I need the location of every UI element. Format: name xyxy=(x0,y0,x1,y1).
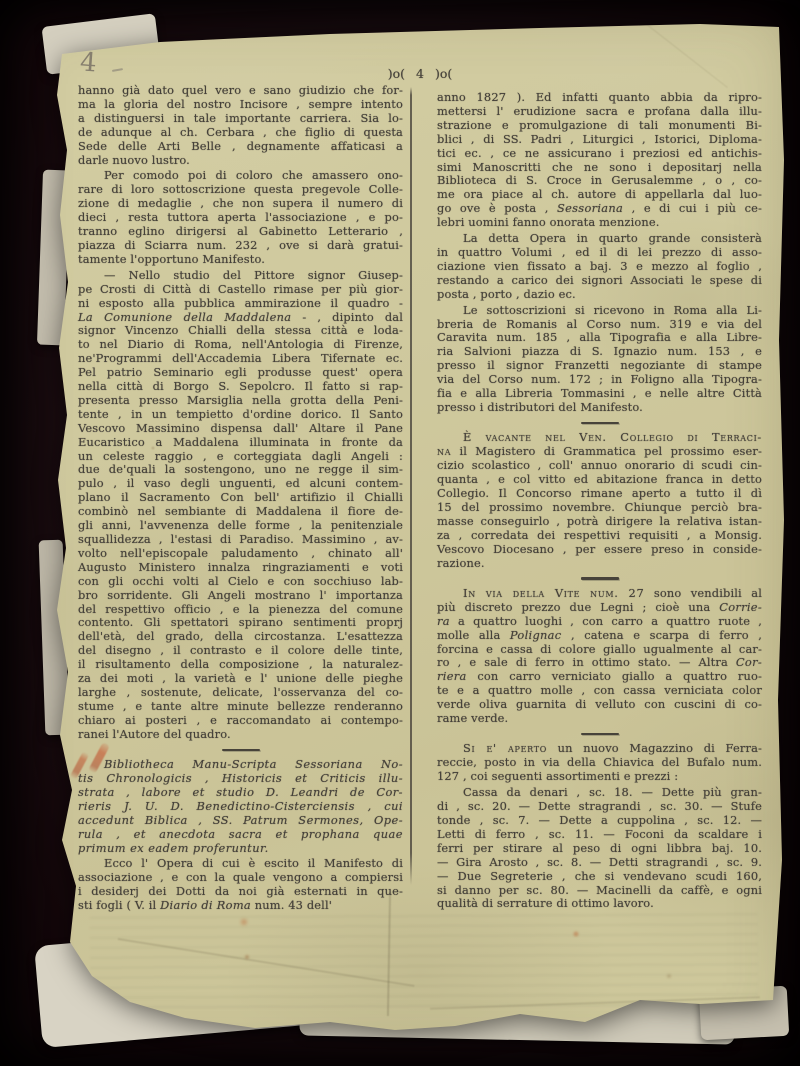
text-segment: darle nuovo lustro. xyxy=(78,153,190,167)
text-line: pulo , il vaso degli unguenti, ed alcuni… xyxy=(78,477,403,491)
text-segment: - , dipinto dal xyxy=(291,310,403,324)
text-segment: signor Vincenzo Chialli della stessa cit… xyxy=(78,323,403,337)
text-segment: ra xyxy=(437,614,450,628)
text-line: tonde , sc. 7. — Dette a cuppolina , sc.… xyxy=(437,814,762,828)
text-segment: ria Salvioni piazza di S. Ignazio num. 1… xyxy=(437,344,762,358)
text-line: La detta Opera in quarto grande consiste… xyxy=(437,232,762,246)
text-segment: tamente l'opportuno Manifesto. xyxy=(78,252,265,266)
text-line: con gli occhi volti al Cielo e con socch… xyxy=(78,575,403,589)
text-segment: sti fogli ( V. il xyxy=(78,898,160,912)
text-line: La Comunione della Maddalena - , dipinto… xyxy=(78,311,403,325)
text-segment: con gli occhi volti al Cielo e con socch… xyxy=(78,574,403,588)
text-segment: verde oliva guarnita di velluto con cusc… xyxy=(437,697,762,711)
text-line: nella città di Borgo S. Sepolcro. Il fat… xyxy=(78,380,403,394)
text-segment: rula , et anecdota sacra et prophana qua… xyxy=(78,827,403,841)
section-divider xyxy=(581,422,619,425)
handwritten-page-number: 4 xyxy=(79,47,98,78)
text-line: associazione , e con la quale vengono a … xyxy=(78,871,403,885)
text-segment: Collegio. Il Concorso rimane aperto a tu… xyxy=(437,486,762,500)
text-line: quanta , e col vitto ed abitazione franc… xyxy=(437,473,762,487)
text-segment: rare di loro sottoscrizione questa prege… xyxy=(78,182,403,196)
text-segment: quanta , e col vitto ed abitazione franc… xyxy=(437,472,762,486)
text-line: simi Manoscritti che ne sono i depositar… xyxy=(437,161,762,175)
text-line: reccie, posto in via della Chiavica del … xyxy=(437,756,762,770)
text-line: rame verde. xyxy=(437,712,762,726)
text-segment: qualità di serrature di ottimo lavoro. xyxy=(437,896,654,910)
text-segment: breria de Romanis al Corso num. 319 e vi… xyxy=(437,317,762,331)
header-page-number: 4 xyxy=(416,66,424,81)
text-segment: posta , porto , dazio ec. xyxy=(437,287,576,301)
text-segment: strata , labore et studio D. Leandri de … xyxy=(78,785,403,799)
text-segment: il risultamento della composizione , la … xyxy=(78,657,403,671)
text-line: Collegio. Il Concorso rimane aperto a tu… xyxy=(437,487,762,501)
text-line: pe Crosti di Città di Castello rimase pe… xyxy=(78,283,403,297)
text-segment: un celeste raggio , e corteggiata dagli … xyxy=(78,449,403,463)
text-segment: Ecco l' Opera di cui è escito il Manifes… xyxy=(104,856,403,870)
left-column: hanno già dato quel vero e sano giudizio… xyxy=(78,84,403,913)
text-segment: presenta presso Marsiglia nella grotta d… xyxy=(78,393,403,407)
paragraph: Per comodo poi di coloro che amassero on… xyxy=(78,167,403,266)
text-line: na il Magistero di Grammatica pel prossi… xyxy=(437,445,762,459)
text-segment: bro sorridente. Gli Angeli mostrano l' i… xyxy=(78,588,403,602)
text-line: mettersi l' erudizione sacra e profana d… xyxy=(437,105,762,119)
text-segment: tonde , sc. 7. — Dette a cuppolina , sc.… xyxy=(437,813,762,827)
text-line: a distinguersi in tale importante carrie… xyxy=(78,112,403,126)
text-segment: Sede delle Arti Belle , degnamente affat… xyxy=(78,139,403,153)
text-segment: zione di medaglie , che non supera il nu… xyxy=(78,196,403,210)
paragraph: La detta Opera in quarto grande consiste… xyxy=(437,230,762,302)
text-line: zione di medaglie , che non supera il nu… xyxy=(78,197,403,211)
text-line: via del Corso num. 172 ; in Foligno alla… xyxy=(437,373,762,387)
text-segment: Polignac xyxy=(510,628,562,642)
text-line: dieci , resta tuttora aperta l'associazi… xyxy=(78,211,403,225)
text-segment: gli anni, l'avvenenza delle forme , la p… xyxy=(78,518,403,532)
text-segment: combinò nel sembiante di Maddalena il fi… xyxy=(78,504,403,518)
text-segment: La detta Opera in quarto grande consiste… xyxy=(463,231,762,245)
text-segment: a quattro luoghi , con carro a quattro r… xyxy=(450,614,762,628)
paragraph: Ecco l' Opera di cui è escito il Manifes… xyxy=(78,855,403,913)
text-segment: restando a carico dei signori Associati … xyxy=(437,273,762,287)
text-line: Augusto Ministero innalza ringraziamenti… xyxy=(78,561,403,575)
document-page: 4 )o( 4 )o( hanno già dato quel vero e s… xyxy=(0,0,800,1066)
text-segment: del respettivo officio , e la pienezza d… xyxy=(78,602,403,616)
text-segment: razione. xyxy=(437,556,485,570)
text-segment: Biblioteca di S. Croce in Gerusalemme , … xyxy=(437,173,762,187)
text-segment: in quattro Volumi , ed il di lei prezzo … xyxy=(437,245,762,259)
text-line: 15 del prossimo novembre. Chiunque perci… xyxy=(437,501,762,515)
text-line: me ora piace al ch. autore di appellarla… xyxy=(437,188,762,202)
text-segment: ranei l'Autore del quadro. xyxy=(78,727,231,741)
text-segment: Diario di Roma xyxy=(160,898,251,912)
text-segment: simi Manoscritti che ne sono i depositar… xyxy=(437,160,762,174)
text-segment: — Gira Arosto , sc. 8. — Detti stragrand… xyxy=(437,855,762,869)
text-line: masse conseguirlo , potrà dirigere la re… xyxy=(437,515,762,529)
text-line: sti fogli ( V. il Diario di Roma num. 43… xyxy=(78,899,403,913)
text-segment: ne'Programmi dell'Accademia Libera Tifer… xyxy=(78,351,403,365)
text-line: — Gira Arosto , sc. 8. — Detti stragrand… xyxy=(437,856,762,870)
text-line: Cassa da denari , sc. 18. — Dette più gr… xyxy=(437,786,762,800)
text-segment: dieci , resta tuttora aperta l'associazi… xyxy=(78,210,403,224)
text-line: contento. Gli spettatori spirano sentime… xyxy=(78,616,403,630)
text-line: combinò nel sembiante di Maddalena il fi… xyxy=(78,505,403,519)
text-segment: blici , di SS. Padri , Liturgici , Istor… xyxy=(437,132,762,146)
text-line: più discreto prezzo due Legni ; cioè una… xyxy=(437,601,762,615)
text-segment: molle alla xyxy=(437,628,510,642)
text-segment: Si e' aperto xyxy=(463,741,547,755)
right-column: anno 1827 ). Ed infatti quanto abbia da … xyxy=(437,91,762,911)
text-line: Ecco l' Opera di cui è escito il Manifes… xyxy=(78,857,403,871)
text-segment: più discreto prezzo due Legni ; cioè una xyxy=(437,600,719,614)
text-segment: due de'quali la sostengono, uno ne regge… xyxy=(78,462,403,476)
text-line: Le sottoscrizioni si ricevono in Roma al… xyxy=(437,304,762,318)
text-line: si danno per sc. 80. — Macinelli da caff… xyxy=(437,884,762,898)
text-line: rula , et anecdota sacra et prophana qua… xyxy=(78,828,403,842)
text-segment: a distinguersi in tale importante carrie… xyxy=(78,111,403,125)
text-segment: La Comunione della Maddalena xyxy=(78,310,291,324)
text-segment: te e a quattro molle , con cassa vernici… xyxy=(437,683,762,697)
text-line: presenta presso Marsiglia nella grotta d… xyxy=(78,394,403,408)
text-segment: Cassa da denari , sc. 18. — Dette più gr… xyxy=(463,785,762,799)
text-line: i desiderj dei Dotti da noi già esternat… xyxy=(78,885,403,899)
text-line: ma la gloria del nostro Incisore , sempr… xyxy=(78,98,403,112)
text-segment: forcina e cassa di colore giallo ugualme… xyxy=(437,642,762,656)
text-segment: nella città di Borgo S. Sepolcro. Il fat… xyxy=(78,379,403,393)
text-segment: plano il Sacramento Con bell' artifizio … xyxy=(78,490,403,504)
text-line: razione. xyxy=(437,557,762,571)
text-line: Si e' aperto un nuovo Magazzino di Ferra… xyxy=(437,742,762,756)
text-line: ranei l'Autore del quadro. xyxy=(78,728,403,742)
text-segment: — Due Segreterie , che si vendevano scud… xyxy=(437,869,762,883)
text-line: strazione e promulgazione di tali monume… xyxy=(437,119,762,133)
text-segment: accedunt Biblica , SS. Patrum Sermones, … xyxy=(78,813,403,827)
text-line: rieris J. U. D. Benedictino-Cisterciensi… xyxy=(78,800,403,814)
text-line: ne'Programmi dell'Accademia Libera Tifer… xyxy=(78,352,403,366)
text-line: ra a quattro luoghi , con carro a quattr… xyxy=(437,615,762,629)
text-line: ria Salvioni piazza di S. Ignazio num. 1… xyxy=(437,345,762,359)
text-line: restando a carico dei signori Associati … xyxy=(437,274,762,288)
text-line: del respettivo officio , e la pienezza d… xyxy=(78,603,403,617)
page-header: )o( 4 )o( xyxy=(358,66,482,81)
text-segment: num. 43 dell' xyxy=(251,898,332,912)
text-line: gli anni, l'avvenenza delle forme , la p… xyxy=(78,519,403,533)
text-line: ro , e sale di ferro in ottimo stato. — … xyxy=(437,656,762,670)
text-segment: riera xyxy=(437,669,467,683)
text-line: tis Chronologicis , Historicis et Critic… xyxy=(78,772,403,786)
text-line: Vescovo Diocesano , per essere preso in … xyxy=(437,543,762,557)
text-segment: Pel patrio Seminario egli produsse quest… xyxy=(78,365,403,379)
text-line: cizio scolastico , coll' annuo onorario … xyxy=(437,459,762,473)
text-segment: 15 del prossimo novembre. Chiunque perci… xyxy=(437,500,762,514)
text-segment: È vacante nel Ven. Collegio di Terraci- xyxy=(463,430,762,444)
paragraph: È vacante nel Ven. Collegio di Terraci-n… xyxy=(437,429,762,570)
text-segment: Per comodo poi di coloro che amassero on… xyxy=(104,168,403,182)
text-segment: ro , e sale di ferro in ottimo stato. — … xyxy=(437,655,736,669)
text-segment: via del Corso num. 172 ; in Foligno alla… xyxy=(437,372,762,386)
text-line: anno 1827 ). Ed infatti quanto abbia da … xyxy=(437,91,762,105)
text-segment: un nuovo Magazzino di Ferra- xyxy=(547,741,762,755)
text-line: za , corredata dei respettivi requisiti … xyxy=(437,529,762,543)
text-line: Letti di ferro , sc. 11. — Foconi da sca… xyxy=(437,828,762,842)
text-line: squallidezza , l'estasi di Paradiso. Mas… xyxy=(78,533,403,547)
paragraph: hanno già dato quel vero e sano giudizio… xyxy=(78,84,403,167)
text-line: Eucaristico a Maddalena illuminata in fr… xyxy=(78,436,403,450)
ink-bleedthrough xyxy=(90,913,758,1008)
text-line: presso i distributori del Manifesto. xyxy=(437,401,762,415)
text-segment: i desiderj dei Dotti da noi già esternat… xyxy=(78,884,403,898)
text-line: il risultamento della composizione , la … xyxy=(78,658,403,672)
text-line: in quattro Volumi , ed il di lei prezzo … xyxy=(437,246,762,260)
text-segment: chiaro ai posteri , e raccomandato ai co… xyxy=(78,713,403,727)
text-segment: to nel Diario di Roma, nell'Antologia di… xyxy=(78,337,403,351)
text-line: te e a quattro molle , con cassa vernici… xyxy=(437,684,762,698)
text-segment: larghe , sostenute, delicate, l'osservan… xyxy=(78,685,403,699)
text-line: del disegno , il contrasto e il colore d… xyxy=(78,644,403,658)
text-segment: 127 , coi seguenti assortimenti e prezzi… xyxy=(437,769,678,783)
section-divider xyxy=(581,577,619,580)
text-segment: del disegno , il contrasto e il colore d… xyxy=(78,643,403,657)
text-segment: za , corredata dei respettivi requisiti … xyxy=(437,528,762,542)
text-segment: rame verde. xyxy=(437,711,508,725)
text-line: rare di loro sottoscrizione questa prege… xyxy=(78,183,403,197)
text-segment: , e di cui i più ce- xyxy=(623,201,762,215)
text-segment: me ora piace al ch. autore di appellarla… xyxy=(437,187,762,201)
text-line: chiaro ai posteri , e raccomandato ai co… xyxy=(78,714,403,728)
text-line: strata , labore et studio D. Leandri de … xyxy=(78,786,403,800)
text-segment: presso il signor Franzetti negoziante di… xyxy=(437,358,762,372)
text-line: Sede delle Arti Belle , degnamente affat… xyxy=(78,140,403,154)
text-segment: ciazione vien fissato a baj. 3 e mezzo a… xyxy=(437,259,762,273)
text-segment: Cor- xyxy=(736,655,762,669)
text-line: forcina e cassa di colore giallo ugualme… xyxy=(437,643,762,657)
text-line: È vacante nel Ven. Collegio di Terraci- xyxy=(437,431,762,445)
text-line: fia e alla Libreria Tommasini , e nelle … xyxy=(437,387,762,401)
text-segment: sono vendibili al xyxy=(644,586,762,600)
text-line: ni esposto alla pubblica ammirazione il … xyxy=(78,297,403,311)
text-segment: masse conseguirlo , potrà dirigere la re… xyxy=(437,514,762,528)
text-segment: si danno per sc. 80. — Macinelli da caff… xyxy=(437,883,762,897)
text-segment: tente , in un tempietto d'ordine dorico.… xyxy=(78,407,403,421)
text-line: breria de Romanis al Corso num. 319 e vi… xyxy=(437,318,762,332)
text-segment: de adunque al ch. Cerbara , che figlio d… xyxy=(78,125,403,139)
text-line: tamente l'opportuno Manifesto. xyxy=(78,253,403,267)
document-page-wrap: 4 )o( 4 )o( hanno già dato quel vero e s… xyxy=(0,0,800,1066)
text-segment: il Magistero di Grammatica pel prossimo … xyxy=(451,444,762,458)
text-segment: lebri uomini fanno onorata menzione. xyxy=(437,215,660,229)
text-line: de adunque al ch. Cerbara , che figlio d… xyxy=(78,126,403,140)
text-segment: ferri per stirare al peso di ogni libbra… xyxy=(437,841,762,855)
text-segment: za dei moti , la varietà e l' unione del… xyxy=(78,671,403,685)
paragraph: — Nello studio del Pittore signor Giusep… xyxy=(78,267,403,742)
text-line: molle alla Polignac , catena e scarpa di… xyxy=(437,629,762,643)
text-segment: tici ec. , ce ne assicurano i preziosi e… xyxy=(437,146,762,160)
text-line: Per comodo poi di coloro che amassero on… xyxy=(78,169,403,183)
text-line: to nel Diario di Roma, nell'Antologia di… xyxy=(78,338,403,352)
text-segment: presso i distributori del Manifesto. xyxy=(437,400,643,414)
text-segment: reccie, posto in via della Chiavica del … xyxy=(437,755,762,769)
text-segment: pulo , il vaso degli unguenti, ed alcuni… xyxy=(78,476,403,490)
text-line: za dei moti , la varietà e l' unione del… xyxy=(78,672,403,686)
text-line: go ove è posta , Sessoriana , e di cui i… xyxy=(437,202,762,216)
text-line: blici , di SS. Padri , Liturgici , Istor… xyxy=(437,133,762,147)
text-line: — Due Segreterie , che si vendevano scud… xyxy=(437,870,762,884)
text-segment: dell'età, del grado, della circostanza. … xyxy=(78,629,403,643)
text-line: bro sorridente. Gli Angeli mostrano l' i… xyxy=(78,589,403,603)
text-line: ciazione vien fissato a baj. 3 e mezzo a… xyxy=(437,260,762,274)
text-line: verde oliva guarnita di velluto con cusc… xyxy=(437,698,762,712)
text-line: Biblioteca di S. Croce in Gerusalemme , … xyxy=(437,174,762,188)
paragraph: Le sottoscrizioni si ricevono in Roma al… xyxy=(437,302,762,415)
text-line: dell'età, del grado, della circostanza. … xyxy=(78,630,403,644)
paragraph: Cassa da denari , sc. 18. — Dette più gr… xyxy=(437,784,762,911)
photo-backdrop: 4 )o( 4 )o( hanno già dato quel vero e s… xyxy=(0,0,800,1066)
text-line: accedunt Biblica , SS. Patrum Sermones, … xyxy=(78,814,403,828)
text-line: larghe , sostenute, delicate, l'osservan… xyxy=(78,686,403,700)
text-segment: Bibliotheca Manu-Scripta Sessoriana No- xyxy=(104,757,403,771)
header-ornament-left: )o( xyxy=(388,66,405,81)
text-segment: squallidezza , l'estasi di Paradiso. Mas… xyxy=(78,532,403,546)
paragraph: anno 1827 ). Ed infatti quanto abbia da … xyxy=(437,91,762,230)
text-line: riera con carro verniciato giallo a quat… xyxy=(437,670,762,684)
text-line: qualità di serrature di ottimo lavoro. xyxy=(437,897,762,911)
paragraph: In via della Vite num. 27 sono vendibili… xyxy=(437,585,762,726)
text-line: hanno già dato quel vero e sano giudizio… xyxy=(78,84,403,98)
text-segment: In via della Vite num. 27 xyxy=(463,586,644,600)
text-line: tente , in un tempietto d'ordine dorico.… xyxy=(78,408,403,422)
text-segment: con carro verniciato giallo a quattro ru… xyxy=(467,669,762,683)
text-line: darle nuovo lustro. xyxy=(78,154,403,168)
text-line: Pel patrio Seminario egli produsse quest… xyxy=(78,366,403,380)
text-line: volto nell'episcopale paludamento , chin… xyxy=(78,547,403,561)
text-segment: strazione e promulgazione di tali monume… xyxy=(437,118,762,132)
text-line: un celeste raggio , e corteggiata dagli … xyxy=(78,450,403,464)
text-line: Vescovo Massimino dispensa dall' Altare … xyxy=(78,422,403,436)
text-line: In via della Vite num. 27 sono vendibili… xyxy=(437,587,762,601)
text-segment: fia e alla Libreria Tommasini , e nelle … xyxy=(437,386,762,400)
text-segment: Caravita num. 185 , alla Tipografia e al… xyxy=(437,330,762,344)
text-segment: piazza di Sciarra num. 232 , ove si darà… xyxy=(78,238,403,252)
text-line: signor Vincenzo Chialli della stessa cit… xyxy=(78,324,403,338)
text-line: presso il signor Franzetti negoziante di… xyxy=(437,359,762,373)
text-line: due de'quali la sostengono, uno ne regge… xyxy=(78,463,403,477)
paragraph: Si e' aperto un nuovo Magazzino di Ferra… xyxy=(437,740,762,784)
text-segment: pe Crosti di Città di Castello rimase pe… xyxy=(78,282,403,296)
text-line: lebri uomini fanno onorata menzione. xyxy=(437,216,762,230)
stain-spots xyxy=(0,0,2,2)
text-segment: Vescovo Massimino dispensa dall' Altare … xyxy=(78,421,403,435)
header-ornament-right: )o( xyxy=(435,66,452,81)
text-segment: — Nello studio del Pittore signor Giusep… xyxy=(104,268,403,282)
text-segment: di , sc. 20. — Dette stragrandi , sc. 30… xyxy=(437,799,762,813)
paragraph: Bibliotheca Manu-Scripta Sessoriana No-t… xyxy=(78,756,403,855)
text-line: posta , porto , dazio ec. xyxy=(437,288,762,302)
text-segment: Sessoriana xyxy=(557,201,623,215)
text-line: piazza di Sciarra num. 232 , ove si darà… xyxy=(78,239,403,253)
text-segment: , catena e scarpa di ferro , xyxy=(561,628,762,642)
text-line: Caravita num. 185 , alla Tipografia e al… xyxy=(437,331,762,345)
text-line: tici ec. , ce ne assicurano i preziosi e… xyxy=(437,147,762,161)
text-segment: Eucaristico a Maddalena illuminata in fr… xyxy=(78,435,403,449)
text-segment: associazione , e con la quale vengono a … xyxy=(78,870,403,884)
text-segment: Augusto Ministero innalza ringraziamenti… xyxy=(78,560,403,574)
text-line: primum ex eadem proferuntur. xyxy=(78,842,403,856)
section-divider xyxy=(581,733,619,736)
text-segment: tis Chronologicis , Historicis et Critic… xyxy=(78,771,403,785)
text-segment: na xyxy=(437,444,451,458)
text-line: tranno eglino dirigersi al Gabinetto Let… xyxy=(78,225,403,239)
text-segment: mettersi l' erudizione sacra e profana d… xyxy=(437,104,762,118)
text-line: plano il Sacramento Con bell' artifizio … xyxy=(78,491,403,505)
text-segment: ma la gloria del nostro Incisore , sempr… xyxy=(78,97,403,111)
text-line: 127 , coi seguenti assortimenti e prezzi… xyxy=(437,770,762,784)
text-segment: rieris J. U. D. Benedictino-Cisterciensi… xyxy=(78,799,403,813)
text-segment: tranno eglino dirigersi al Gabinetto Let… xyxy=(78,224,403,238)
text-segment: ni esposto alla pubblica ammirazione il … xyxy=(78,296,403,310)
text-segment: cizio scolastico , coll' annuo onorario … xyxy=(437,458,762,472)
text-segment: Letti di ferro , sc. 11. — Foconi da sca… xyxy=(437,827,762,841)
text-line: Bibliotheca Manu-Scripta Sessoriana No- xyxy=(78,758,403,772)
text-segment: contento. Gli spettatori spirano sentime… xyxy=(78,615,403,629)
text-segment: go ove è posta , xyxy=(437,201,557,215)
text-line: stume , e tante altre minute bellezze re… xyxy=(78,700,403,714)
text-segment: primum ex eadem proferuntur. xyxy=(78,841,269,855)
text-line: di , sc. 20. — Dette stragrandi , sc. 30… xyxy=(437,800,762,814)
text-segment: anno 1827 ). Ed infatti quanto abbia da … xyxy=(437,90,762,104)
text-line: — Nello studio del Pittore signor Giusep… xyxy=(78,269,403,283)
text-segment: stume , e tante altre minute bellezze re… xyxy=(78,699,403,713)
text-segment: Corrie- xyxy=(719,600,762,614)
text-segment: hanno già dato quel vero e sano giudizio… xyxy=(78,83,403,97)
column-divider-rule xyxy=(410,87,412,885)
text-segment: volto nell'episcopale paludamento , chin… xyxy=(78,546,403,560)
text-segment: Vescovo Diocesano , per essere preso in … xyxy=(437,542,762,556)
text-line: ferri per stirare al peso di ogni libbra… xyxy=(437,842,762,856)
text-segment: Le sottoscrizioni si ricevono in Roma al… xyxy=(463,303,762,317)
section-divider xyxy=(222,749,260,752)
